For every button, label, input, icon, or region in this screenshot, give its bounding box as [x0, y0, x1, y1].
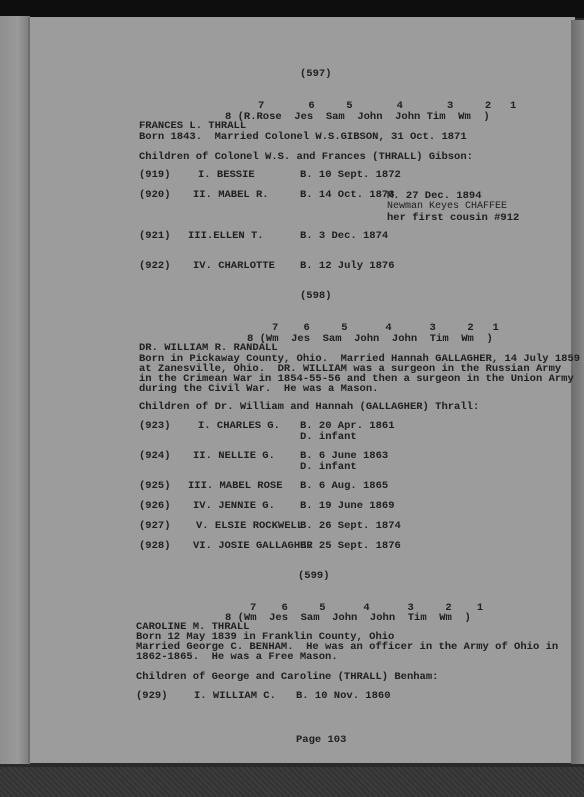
- child-date: B. 12 July 1876: [300, 260, 395, 272]
- child-date: B. 10 Sept. 1872: [300, 169, 401, 181]
- generation-line: 8 (Wm Jes Sam John John Tim Wm ): [225, 612, 471, 624]
- child-id: (928): [139, 540, 171, 552]
- child-id: (920): [139, 189, 171, 201]
- children-heading: Children of Dr. William and Hannah (GALL…: [139, 401, 479, 413]
- child-id: (921): [139, 230, 171, 242]
- child-date: B. 10 Nov. 1860: [296, 690, 391, 702]
- child-death: D. infant: [300, 461, 357, 473]
- bio-line: during the Civil War. He was a Mason.: [139, 383, 378, 395]
- entry-number: (598): [300, 290, 332, 302]
- entry-number: (599): [298, 570, 330, 582]
- child-id: (929): [136, 690, 168, 702]
- child-name: III. MABEL ROSE: [188, 480, 283, 492]
- child-date: B. 25 Sept. 1876: [300, 540, 401, 552]
- bio-line: Born 1843. Married Colonel W.S.GIBSON, 3…: [139, 131, 467, 143]
- child-id: (922): [139, 260, 171, 272]
- facing-page-edge: [0, 16, 30, 764]
- child-name: I. WILLIAM C.: [194, 690, 276, 702]
- child-name: I. BESSIE: [198, 169, 255, 181]
- child-name: IV. JENNIE G.: [193, 500, 275, 512]
- child-name: I. CHARLES G.: [198, 420, 280, 432]
- child-name: II. NELLIE G.: [193, 450, 275, 462]
- generation-line: 8 (Wm Jes Sam John John Tim Wm ): [247, 333, 493, 345]
- child-name: III.ELLEN T.: [188, 230, 264, 242]
- children-heading: Children of George and Caroline (THRALL)…: [136, 671, 438, 683]
- child-date: B. 3 Dec. 1874: [300, 230, 388, 242]
- generation-line: 8 (R.Rose Jes Sam John John Tim Wm ): [225, 111, 490, 123]
- entry-number: (597): [300, 68, 332, 80]
- child-date: B. 6 Aug. 1865: [300, 480, 388, 492]
- children-heading: Children of Colonel W.S. and Frances (TH…: [139, 151, 473, 163]
- child-date: B. 14 Oct. 1873: [300, 189, 395, 201]
- child-id: (924): [139, 450, 171, 462]
- child-id: (923): [139, 420, 171, 432]
- page-number: Page 103: [296, 734, 346, 746]
- child-name: V. ELSIE ROCKWELL: [196, 520, 303, 532]
- child-id: (927): [139, 520, 171, 532]
- child-date: B. 19 June 1869: [300, 500, 395, 512]
- scan-top-border: [0, 0, 584, 18]
- bio-line: 1862-1865. He was a Free Mason.: [136, 651, 338, 663]
- child-id: (926): [139, 500, 171, 512]
- scan-bottom-border: [0, 767, 584, 797]
- child-death: D. infant: [300, 431, 357, 443]
- child-name: VI. JOSIE GALLAGHER: [193, 540, 313, 552]
- child-name: IV. CHARLOTTE: [193, 260, 275, 272]
- child-id: (919): [139, 169, 171, 181]
- child-date: B. 26 Sept. 1874: [300, 520, 401, 532]
- page-right-edge: [571, 20, 584, 764]
- child-note: her first cousin #912: [387, 212, 519, 224]
- child-id: (925): [139, 480, 171, 492]
- child-name: II. MABEL R.: [193, 189, 269, 201]
